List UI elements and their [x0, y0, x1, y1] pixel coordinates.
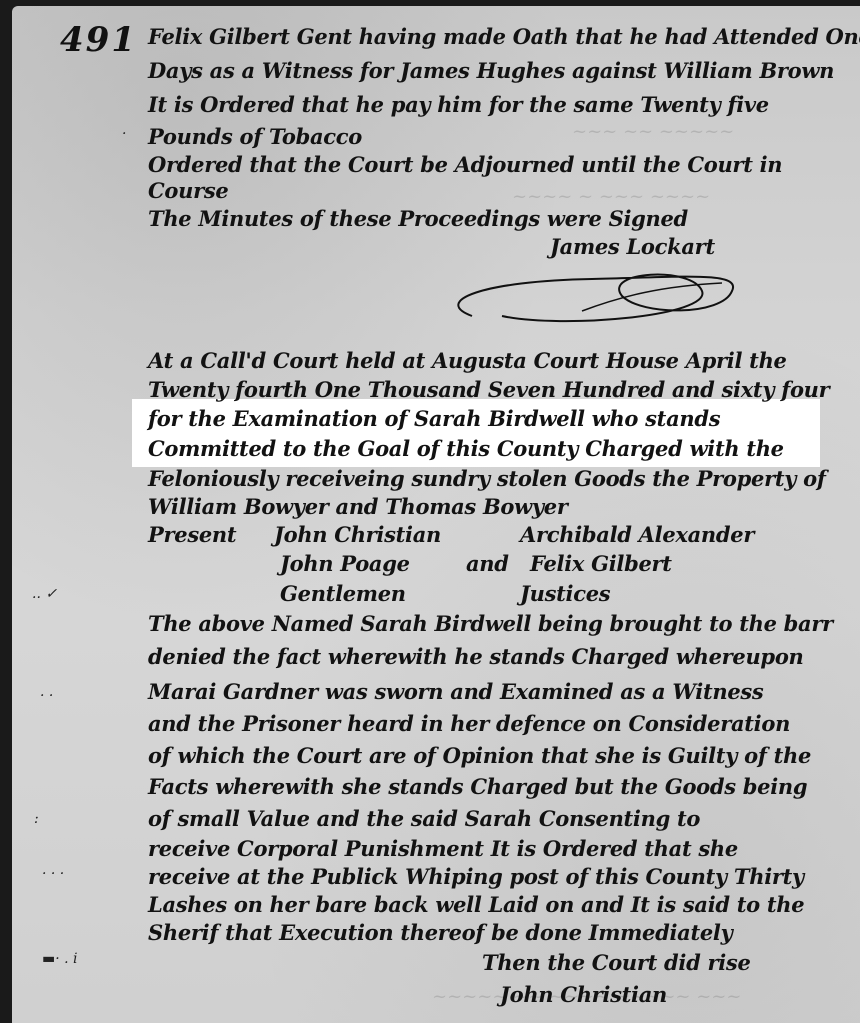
highlighted-text-line: Committed to the Goal of this County Cha… [148, 436, 784, 461]
text-line: The Minutes of these Proceedings were Si… [148, 206, 688, 231]
text-line: William Bowyer and Thomas Bowyer [148, 494, 568, 519]
text-line: The above Named Sarah Birdwell being bro… [148, 611, 833, 636]
bleed-through-text: ~~~ ~~ ~~~~~ [572, 121, 734, 142]
text-line: Marai Gardner was sworn and Examined as … [148, 679, 763, 704]
text-line: Course [148, 178, 228, 203]
folio-number: 491 [60, 20, 137, 60]
bleed-through-text: ~~~~ ~ ~~~ ~~~~ [512, 186, 710, 207]
text-line: receive at the Publick Whiping post of t… [148, 864, 804, 889]
present-label: Present [148, 522, 236, 547]
margin-mark: ▬· . i [42, 951, 78, 967]
text-line: of small Value and the said Sarah Consen… [148, 806, 700, 831]
text-line: denied the fact wherewith he stands Char… [148, 644, 804, 669]
justice-name: John Christian [274, 522, 441, 547]
text-line: Ordered that the Court be Adjourned unti… [148, 152, 782, 177]
text-line: Feloniously receiveing sundry stolen Goo… [148, 466, 826, 491]
text-line: Pounds of Tobacco [148, 124, 362, 149]
title-justices: Justices [520, 581, 610, 606]
title-gentlemen: Gentlemen [280, 581, 406, 606]
justice-name: Archibald Alexander [520, 522, 754, 547]
margin-mark: · · · [42, 866, 64, 882]
text-line: Sherif that Execution thereof be done Im… [148, 920, 733, 945]
signature-flourish-icon [442, 261, 752, 331]
margin-mark: : [34, 811, 39, 827]
conjunction: and [466, 551, 509, 576]
margin-mark: · [122, 126, 126, 142]
text-line: It is Ordered that he pay him for the sa… [148, 92, 769, 117]
highlighted-text-line: for the Examination of Sarah Birdwell wh… [148, 406, 720, 431]
justice-name: Felix Gilbert [530, 551, 672, 576]
signature-christian: John Christian [500, 982, 667, 1007]
text-line: receive Corporal Punishment It is Ordere… [148, 836, 738, 861]
text-line: and the Prisoner heard in her defence on… [148, 711, 790, 736]
text-line: Days as a Witness for James Hughes again… [148, 58, 834, 83]
text-line: Twenty fourth One Thousand Seven Hundred… [148, 377, 829, 402]
text-line: Lashes on her bare back well Laid on and… [148, 892, 804, 917]
manuscript-page: ~~~ ~~ ~~~~~ ~~~~ ~ ~~~ ~~~~ ~~~~~ ~~ ~~… [12, 6, 860, 1023]
margin-mark: · · [40, 688, 53, 704]
justice-name: John Poage [280, 551, 410, 576]
text-line: Felix Gilbert Gent having made Oath that… [148, 24, 860, 49]
text-line: Then the Court did rise [482, 950, 751, 975]
signature-lockart: James Lockart [550, 234, 715, 259]
margin-mark: .. ✓ [32, 586, 57, 602]
text-line: At a Call'd Court held at Augusta Court … [148, 348, 787, 373]
text-line: of which the Court are of Opinion that s… [148, 743, 811, 768]
text-line: Facts wherewith she stands Charged but t… [148, 774, 807, 799]
